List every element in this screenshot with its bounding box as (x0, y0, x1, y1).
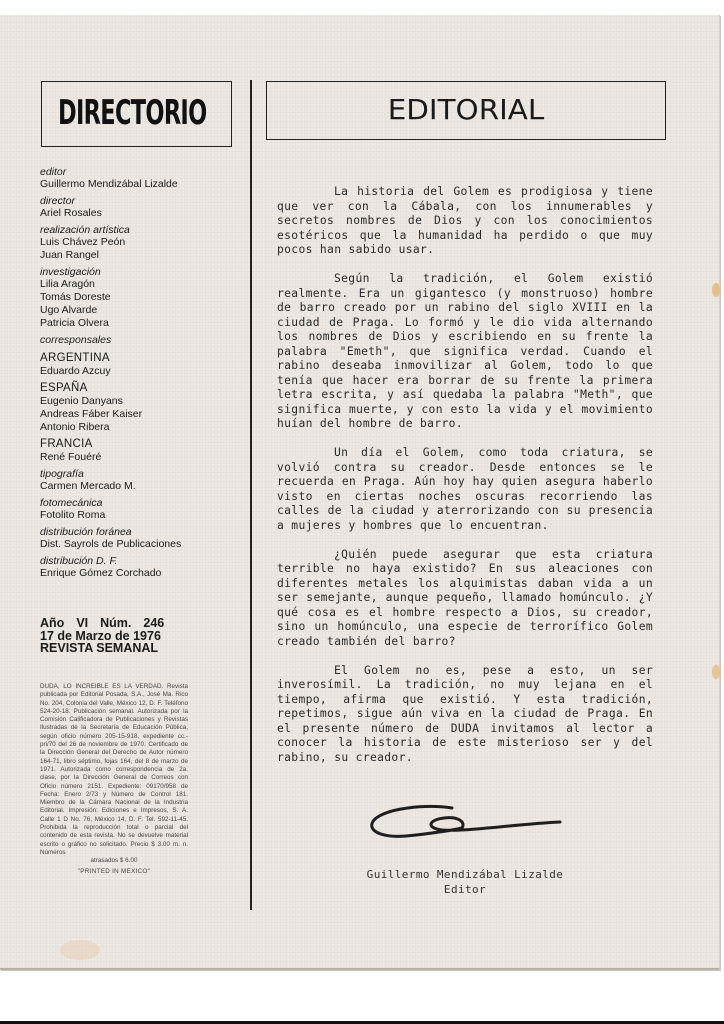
editorial-header-box: EDITORIAL (266, 81, 666, 140)
staff-group: directorAriel Rosales (40, 195, 240, 220)
staff-group: FRANCIARené Fouéré (40, 438, 240, 464)
editorial-paragraph: La historia del Golem es prodigiosa y ti… (277, 185, 653, 258)
legal-notice: DUDA, LO INCREIBLE ES LA VERDAD. Revista… (40, 683, 188, 876)
signature-icon (366, 802, 566, 852)
staff-group: investigaciónLilia AragónTomás DoresteUg… (40, 266, 240, 330)
correspondent-country: FRANCIA (40, 438, 240, 451)
editorial-paragraph: ¿Quién puede asegurar que esta criatura … (277, 548, 653, 650)
staff-role: realización artística (40, 224, 240, 236)
signature-name: Guillermo Mendizábal Lizalde (300, 868, 630, 881)
issue-info: AñoVINúm.246 17 de Marzo de 1976 REVISTA… (40, 617, 164, 655)
staff-group: distribución foráneaDist. Sayrols de Pub… (40, 526, 240, 551)
staff-role: investigación (40, 266, 240, 278)
printed-in-mexico: "PRINTED IN MEXICO" (40, 868, 188, 876)
staff-name: Juan Rangel (40, 249, 240, 262)
correspondents-label: corresponsales (40, 334, 240, 346)
staff-name: Luis Chávez Peón (40, 236, 240, 249)
editorial-title: EDITORIAL (257, 94, 675, 126)
staff-role: director (40, 195, 240, 207)
staff-name: Dist. Sayrols de Publicaciones (40, 538, 240, 551)
staff-name: Enrique Gómez Corchado (40, 567, 240, 580)
staff-role: distribución foránea (40, 526, 240, 538)
staff-role: fotomecánica (40, 497, 240, 509)
editorial-paragraph: Un día el Golem, como toda criatura, se … (277, 446, 653, 533)
directory-title: DIRECTORIO (58, 93, 207, 133)
staff-name: Andreas Fáber Kaiser (40, 408, 240, 421)
staff-name: Guillermo Mendizábal Lizalde (40, 178, 240, 191)
staff-group: realización artísticaLuis Chávez PeónJua… (40, 224, 240, 262)
correspondent-country: ESPAÑA (40, 382, 240, 395)
staff-name: Eugenio Danyans (40, 395, 240, 408)
number-value: 246 (143, 617, 164, 630)
staff-name: Lilia Aragón (40, 278, 240, 291)
editorial-paragraph: Según la tradición, el Golem existió rea… (277, 272, 653, 432)
issue-frequency: REVISTA SEMANAL (40, 642, 164, 655)
editorial-paragraph: El Golem no es, pese a esto, un ser inve… (277, 664, 653, 766)
column-divider (250, 80, 252, 910)
staff-group: ARGENTINAEduardo Azcuy (40, 352, 240, 378)
year-label: Año (40, 617, 64, 630)
staff-role: editor (40, 166, 240, 178)
staff-role: tipografía (40, 468, 240, 480)
staff-name: Antonio Ribera (40, 421, 240, 434)
staff-group: distribución D. F.Enrique Gómez Corchado (40, 555, 240, 580)
directory-header-box: DIRECTORIO (41, 81, 232, 147)
back-issues-price: atrasados $ 6.00 (40, 857, 188, 865)
editorial-body: La historia del Golem es prodigiosa y ti… (277, 185, 653, 780)
staff-name: Eduardo Azcuy (40, 365, 240, 378)
year-value: VI (76, 617, 88, 630)
staff-role: distribución D. F. (40, 555, 240, 567)
staff-name: Fotolito Roma (40, 509, 240, 522)
staff-name: Ariel Rosales (40, 207, 240, 220)
staff-group: tipografíaCarmen Mercado M. (40, 468, 240, 493)
staff-name: René Fouéré (40, 451, 240, 464)
staff-name: Ugo Alvarde (40, 304, 240, 317)
staff-group: editorGuillermo Mendizábal Lizalde (40, 166, 240, 191)
staff-name: Patricia Olvera (40, 317, 240, 330)
correspondent-country: ARGENTINA (40, 352, 240, 365)
paper-stain (60, 940, 100, 960)
signature-role: Editor (300, 883, 630, 896)
staff-name: Carmen Mercado M. (40, 480, 240, 493)
legal-text: DUDA, LO INCREIBLE ES LA VERDAD. Revista… (40, 683, 188, 856)
paper-stain (712, 665, 720, 679)
staff-list: editorGuillermo Mendizábal Lizaldedirect… (40, 166, 240, 584)
staff-group: fotomecánicaFotolito Roma (40, 497, 240, 522)
paper-stain (712, 283, 720, 297)
number-label: Núm. (100, 617, 131, 630)
staff-group: ESPAÑAEugenio DanyansAndreas Fáber Kaise… (40, 382, 240, 434)
staff-name: Tomás Doreste (40, 291, 240, 304)
